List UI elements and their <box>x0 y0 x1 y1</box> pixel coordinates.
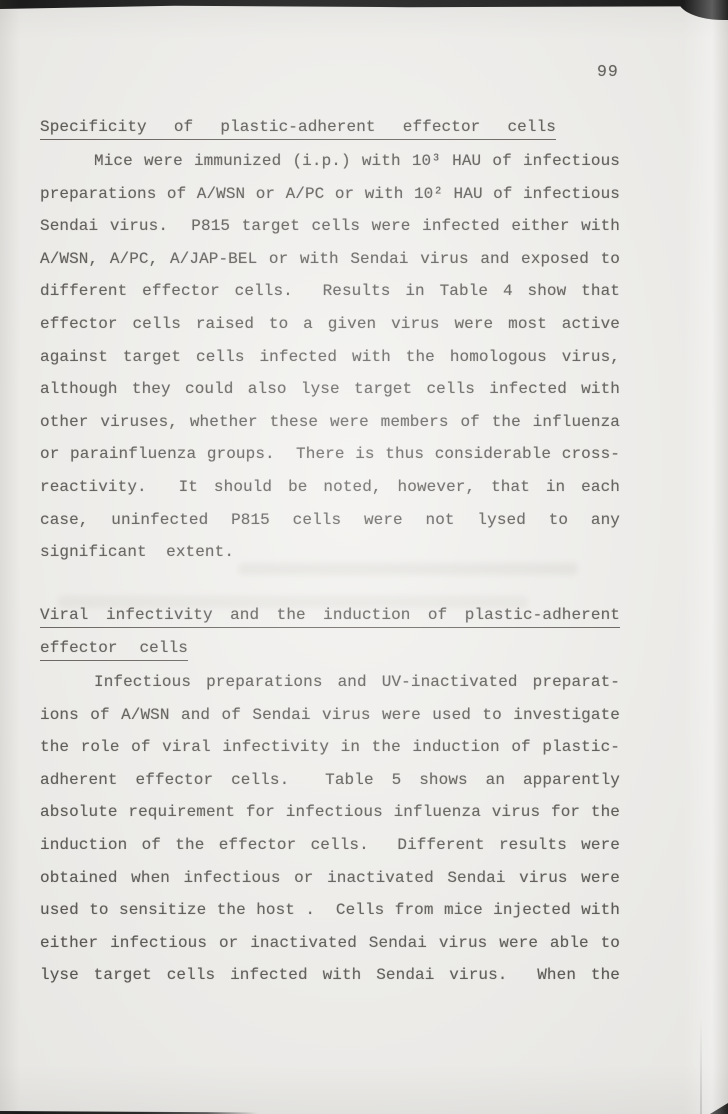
body-text-line: lyse target cells infected with Sendai v… <box>40 959 620 992</box>
body-text-line: the role of viral infectivity in the ind… <box>40 731 620 764</box>
body-text-line: induction of the effector cells. Differe… <box>40 829 620 862</box>
body-text-line: either infectious or inactivated Sendai … <box>40 927 620 960</box>
body-text-line: preparations of A/WSN or A/PC or with 10… <box>40 178 620 211</box>
body-text-line: A/WSN, A/PC, A/JAP-BEL or with Sendai vi… <box>40 243 620 276</box>
section-heading: Viral infectivity and the induction of p… <box>40 605 620 628</box>
scan-artifact-top-right-corner <box>678 0 728 20</box>
body-text-line: although they could also lyse target cel… <box>40 373 620 406</box>
body-text-line: against target cells infected with the h… <box>40 341 620 374</box>
body-text-line: adherent effector cells. Table 5 shows a… <box>40 764 620 797</box>
body-text-line: Infectious preparations and UV-inactivat… <box>40 666 620 699</box>
body-text-line: Mice were immunized (i.p.) with 10³ HAU … <box>40 145 620 178</box>
paragraph: Infectious preparations and UV-inactivat… <box>40 666 620 992</box>
scanned-page: 99 Specificity of plastic-adherent effec… <box>0 0 728 1114</box>
scan-artifact-page-crease <box>700 1018 702 1114</box>
body-text-line: absolute requirement for infectious infl… <box>40 796 620 829</box>
body-text-line: case, uninfected P815 cells were not lys… <box>40 504 620 537</box>
body-text-line: effector cells raised to a given virus w… <box>40 308 620 341</box>
body-text-line: different effector cells. Results in Tab… <box>40 275 620 308</box>
body-text-line: ions of A/WSN and of Sendai virus were u… <box>40 699 620 732</box>
body-text-line: or parainfluenza groups. There is thus c… <box>40 438 620 471</box>
section-heading: Specificity of plastic-adherent effector… <box>40 117 556 140</box>
body-text-line: used to sensitize the host . Cells from … <box>40 894 620 927</box>
page-content: Specificity of plastic-adherent effector… <box>40 0 620 1114</box>
body-text-line: significant extent. <box>40 536 620 569</box>
body-text-line: other viruses, whether these were member… <box>40 406 620 439</box>
paragraph: Mice were immunized (i.p.) with 10³ HAU … <box>40 145 620 569</box>
body-text-line: obtained when infectious or inactivated … <box>40 862 620 895</box>
section-heading: effector cells <box>40 638 188 661</box>
body-text-line: Sendai virus. P815 target cells were inf… <box>40 210 620 243</box>
scan-artifact-bottom-right-corner <box>710 1103 728 1114</box>
body-text-line: reactivity. It should be noted, however,… <box>40 471 620 504</box>
